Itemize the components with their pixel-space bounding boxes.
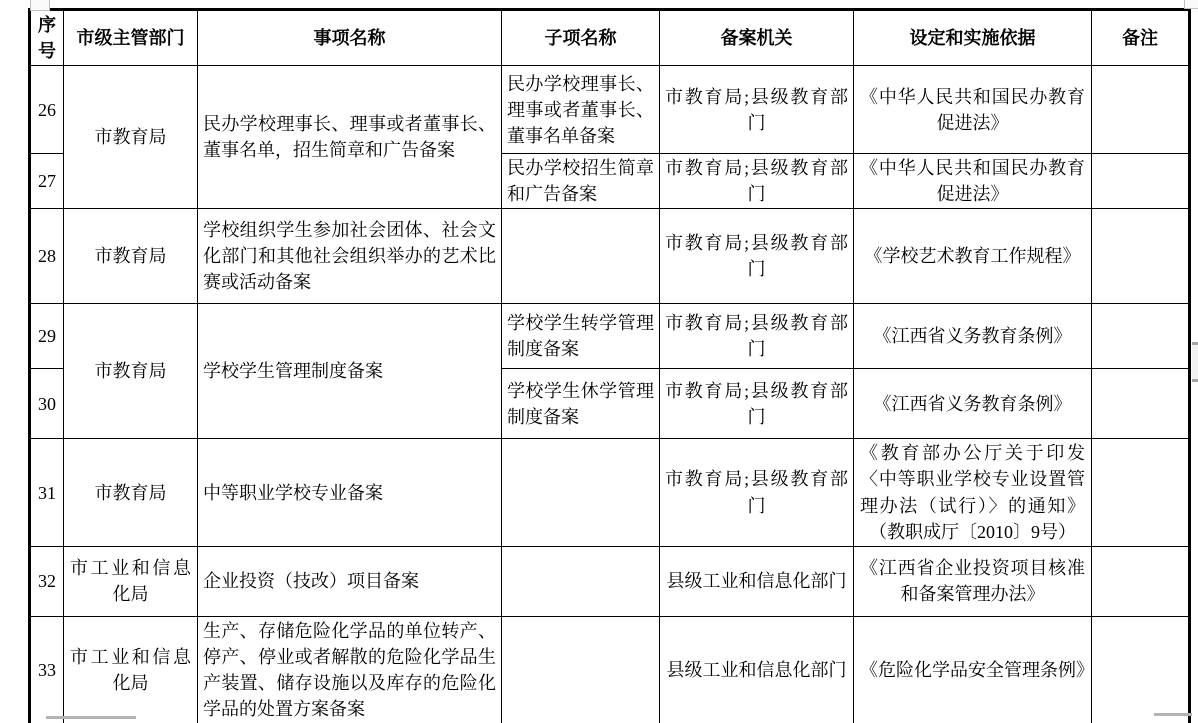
table-row: 26 市教育局 民办学校理事长、理事或者董事长、董事名单，招生简章和广告备案 民… [30, 66, 1190, 154]
table-row: 29 市教育局 学校学生管理制度备案 学校学生转学管理制度备案 市教育局;县级教… [30, 304, 1190, 369]
ui-fragment-top-left [30, 0, 50, 11]
cell-item-name: 民办学校理事长、理事或者董事长、董事名单，招生简章和广告备案 [198, 66, 502, 209]
cell-department: 市教育局 [64, 66, 198, 209]
cell-note [1092, 546, 1190, 616]
cell-legal-basis: 《中华人民共和国民办教育促进法》 [854, 66, 1092, 154]
cell-department: 市工业和信息化局 [64, 546, 198, 616]
cell-note [1092, 616, 1190, 723]
document-page: 序号 市级主管部门 事项名称 子项名称 备案机关 设定和实施依据 备注 26 市… [0, 0, 1198, 723]
table-row: 32 市工业和信息化局 企业投资（技改）项目备案 县级工业和信息化部门 《江西省… [30, 546, 1190, 616]
table-row: 31 市教育局 中等职业学校专业备案 市教育局;县级教育部门 《教育部办公厅关于… [30, 439, 1190, 546]
horizontal-scrollbar-fragment-left[interactable] [46, 716, 136, 719]
cell-subitem-name: 民办学校招生简章和广告备案 [502, 154, 660, 209]
cell-subitem-name [502, 439, 660, 546]
cell-note [1092, 66, 1190, 154]
cell-subitem-name [502, 209, 660, 304]
cell-filing-authority: 市教育局;县级教育部门 [660, 369, 854, 439]
cell-serial-number: 26 [30, 66, 64, 154]
cell-item-name: 企业投资（技改）项目备案 [198, 546, 502, 616]
cell-filing-authority: 市教育局;县级教育部门 [660, 439, 854, 546]
table-row: 28 市教育局 学校组织学生参加社会团体、社会文化部门和其他社会组织举办的艺术比… [30, 209, 1190, 304]
cell-legal-basis: 《教育部办公厅关于印发〈中等职业学校专业设置管理办法（试行）〉的通知》（教职成厅… [854, 439, 1092, 546]
cell-serial-number: 30 [30, 369, 64, 439]
cell-filing-authority: 市教育局;县级教育部门 [660, 209, 854, 304]
cell-filing-authority: 市教育局;县级教育部门 [660, 66, 854, 154]
cell-filing-authority: 市教育局;县级教育部门 [660, 154, 854, 209]
cell-subitem-name: 学校学生休学管理制度备案 [502, 369, 660, 439]
cell-legal-basis: 《江西省企业投资项目核准和备案管理办法》 [854, 546, 1092, 616]
cell-item-name: 学校学生管理制度备案 [198, 304, 502, 439]
vertical-scrollbar-fragment[interactable] [1192, 342, 1198, 382]
cell-item-name: 学校组织学生参加社会团体、社会文化部门和其他社会组织举办的艺术比赛或活动备案 [198, 209, 502, 304]
header-filing-authority: 备案机关 [660, 10, 854, 66]
header-note: 备注 [1092, 10, 1190, 66]
cell-serial-number: 31 [30, 439, 64, 546]
cell-item-name: 中等职业学校专业备案 [198, 439, 502, 546]
filing-items-table: 序号 市级主管部门 事项名称 子项名称 备案机关 设定和实施依据 备注 26 市… [28, 8, 1191, 723]
cell-department: 市教育局 [64, 304, 198, 439]
table-row: 33 市工业和信息化局 生产、存储危险化学品的单位转产、停产、停业或者解散的危险… [30, 616, 1190, 723]
table-header-row: 序号 市级主管部门 事项名称 子项名称 备案机关 设定和实施依据 备注 [30, 10, 1190, 66]
cell-subitem-name [502, 616, 660, 723]
cell-department: 市教育局 [64, 439, 198, 546]
cell-serial-number: 27 [30, 154, 64, 209]
cell-note [1092, 304, 1190, 369]
cell-legal-basis: 《危险化学品安全管理条例》 [854, 616, 1092, 723]
cell-serial-number: 29 [30, 304, 64, 369]
cell-department: 市工业和信息化局 [64, 616, 198, 723]
cell-legal-basis: 《学校艺术教育工作规程》 [854, 209, 1092, 304]
cell-serial-number: 28 [30, 209, 64, 304]
cell-filing-authority: 县级工业和信息化部门 [660, 616, 854, 723]
cell-filing-authority: 市教育局;县级教育部门 [660, 304, 854, 369]
header-department: 市级主管部门 [64, 10, 198, 66]
header-subitem-name: 子项名称 [502, 10, 660, 66]
cell-serial-number: 32 [30, 546, 64, 616]
cell-note [1092, 439, 1190, 546]
header-legal-basis: 设定和实施依据 [854, 10, 1092, 66]
cell-item-name: 生产、存储危险化学品的单位转产、停产、停业或者解散的危险化学品生产装置、储存设施… [198, 616, 502, 723]
cell-note [1092, 209, 1190, 304]
cell-legal-basis: 《江西省义务教育条例》 [854, 304, 1092, 369]
cell-legal-basis: 《中华人民共和国民办教育促进法》 [854, 154, 1092, 209]
cell-subitem-name [502, 546, 660, 616]
cell-department: 市教育局 [64, 209, 198, 304]
cell-subitem-name: 学校学生转学管理制度备案 [502, 304, 660, 369]
cell-note [1092, 369, 1190, 439]
cell-subitem-name: 民办学校理事长、理事或者董事长、董事名单备案 [502, 66, 660, 154]
horizontal-scrollbar-fragment-right[interactable] [1154, 713, 1192, 716]
cell-serial-number: 33 [30, 616, 64, 723]
cell-filing-authority: 县级工业和信息化部门 [660, 546, 854, 616]
cell-legal-basis: 《江西省义务教育条例》 [854, 369, 1092, 439]
ui-fragment-top-right [1184, 0, 1198, 9]
header-serial-number: 序号 [30, 10, 64, 66]
cell-note [1092, 154, 1190, 209]
header-item-name: 事项名称 [198, 10, 502, 66]
